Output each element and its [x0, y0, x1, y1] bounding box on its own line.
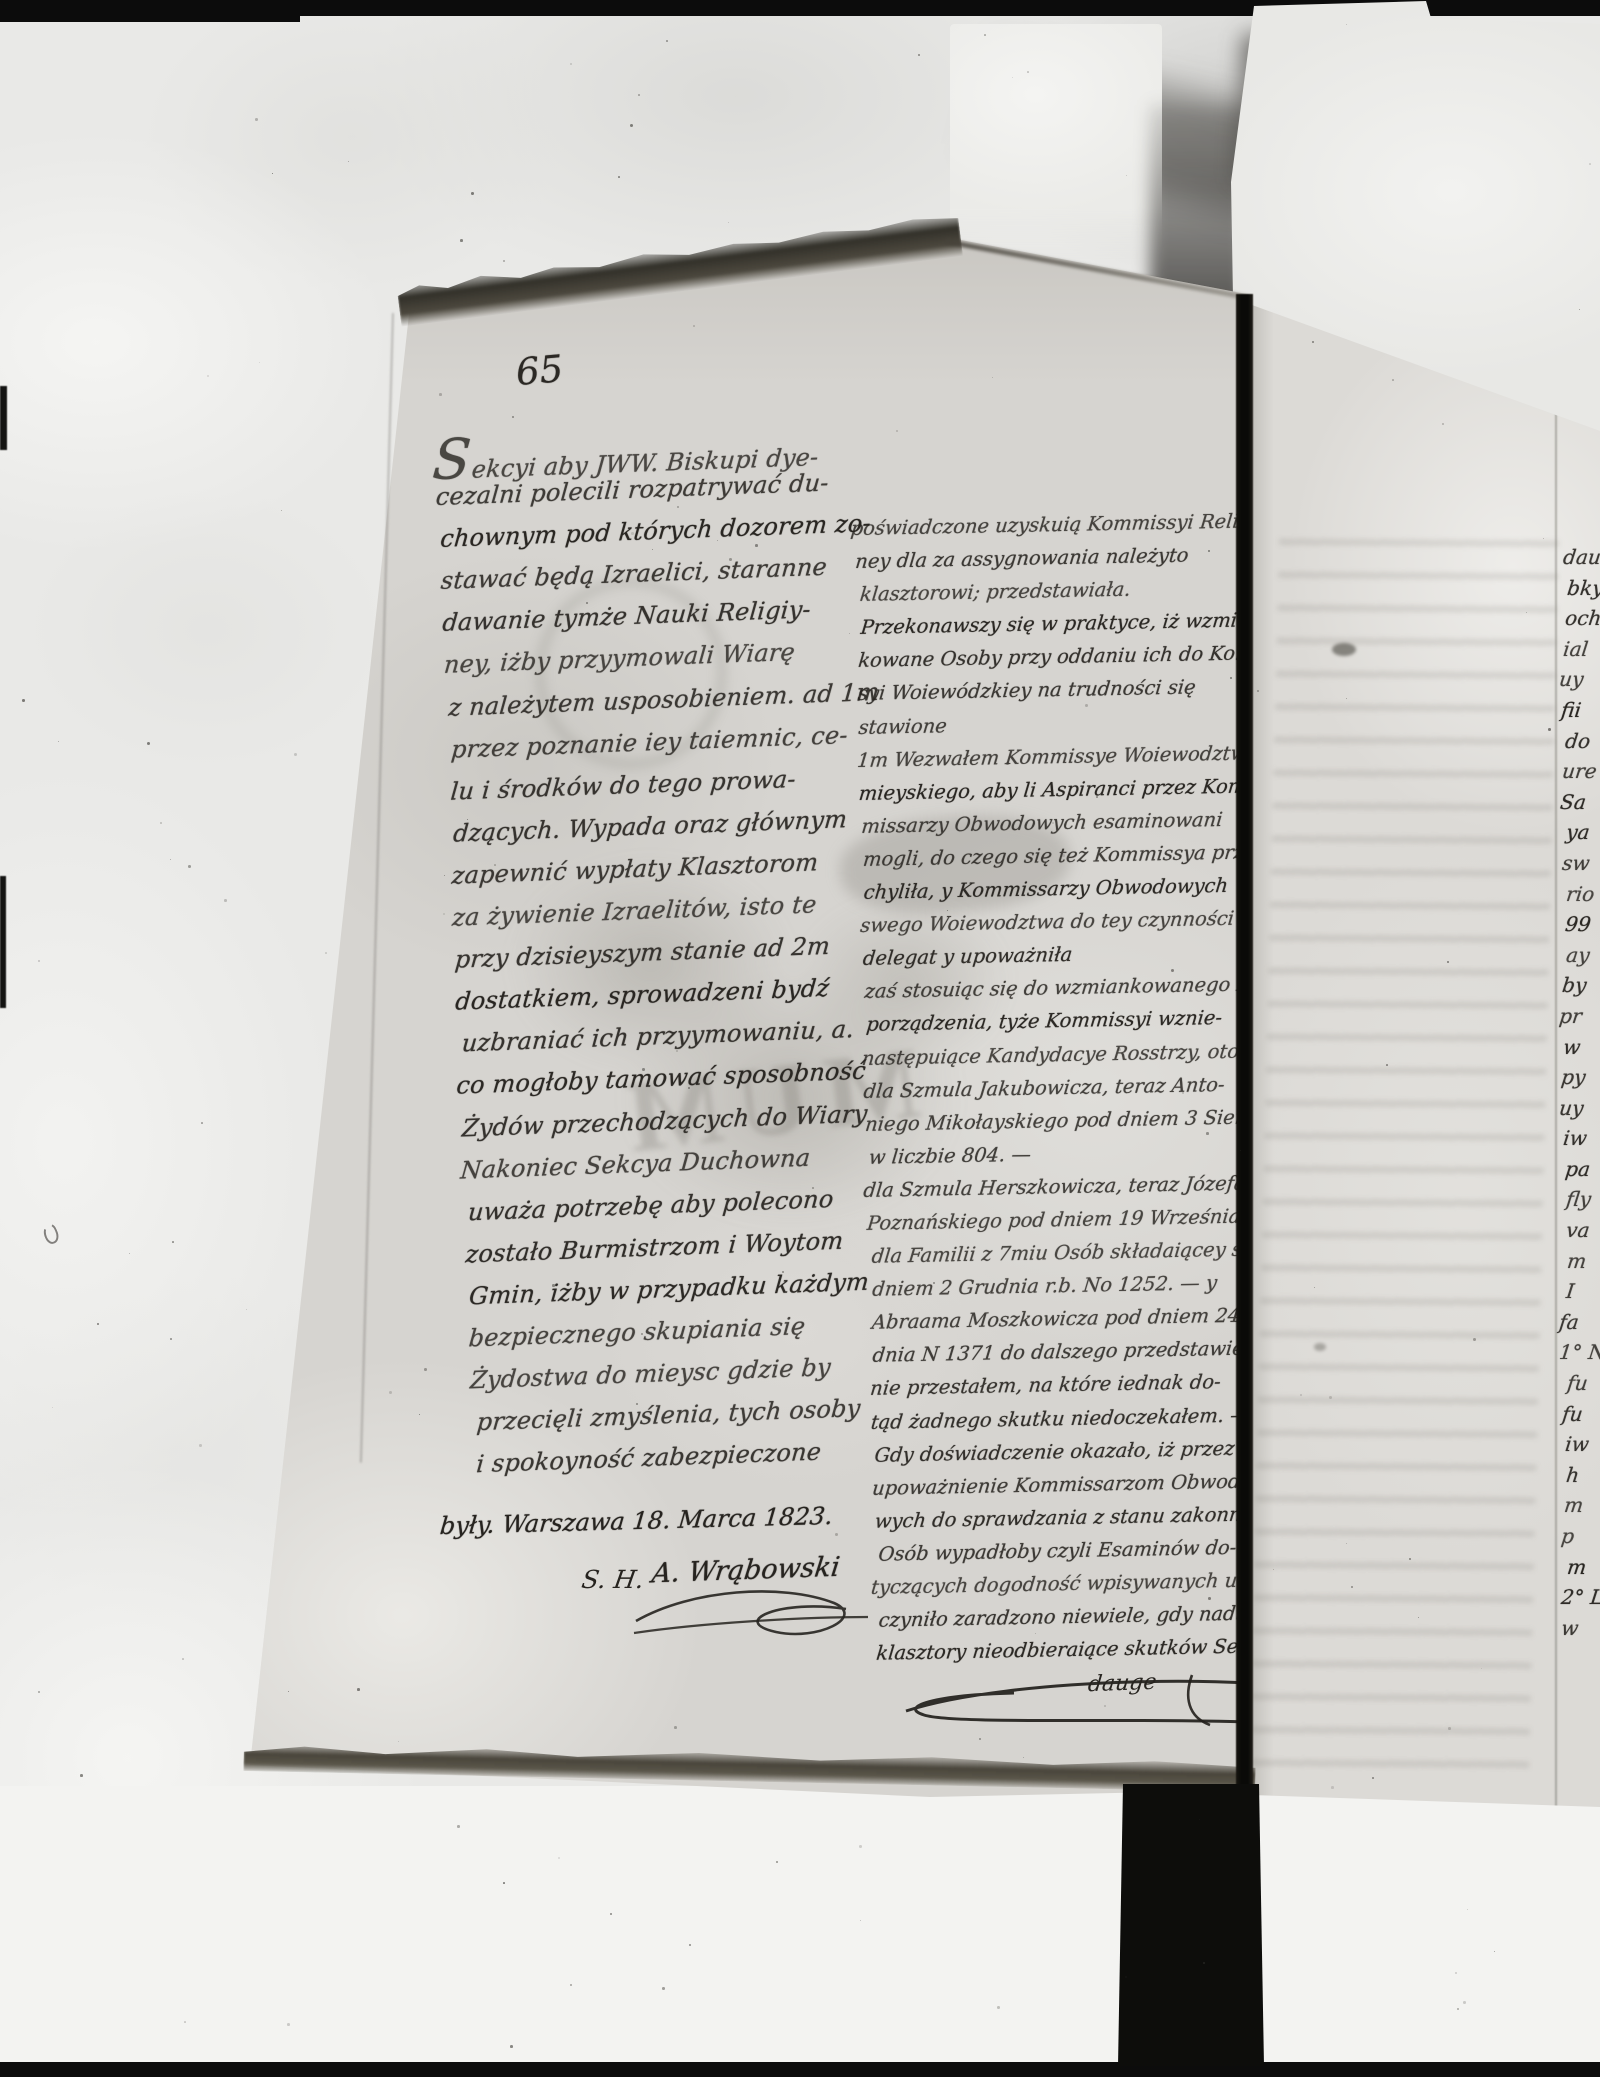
cutoff-handwriting-line: Sa: [1558, 790, 1600, 821]
cutoff-handwriting-line: pa: [1563, 1157, 1600, 1188]
ink-smudge: [1314, 1343, 1326, 1351]
film-splice-bar-bottom: [1118, 1784, 1264, 2066]
cutoff-handwriting-line: fu: [1560, 1402, 1600, 1433]
cutoff-handwriting-line: fii: [1559, 698, 1600, 729]
cutoff-handwriting-line: do: [1563, 729, 1600, 760]
right-page-text-fragments: daubkyochialuyfiidoureSayaswrio99aybyprw…: [1562, 545, 1600, 1646]
cutoff-handwriting-line: dau: [1561, 545, 1600, 576]
film-notch: [0, 386, 7, 450]
cutoff-handwriting-line: by: [1560, 973, 1600, 1004]
cutoff-handwriting-line: pr: [1557, 1004, 1600, 1035]
cutoff-handwriting-line: iw: [1563, 1432, 1600, 1463]
cutoff-handwriting-line: sw: [1560, 851, 1600, 882]
cutoff-handwriting-line: va: [1564, 1218, 1600, 1249]
cutoff-handwriting-line: ial: [1561, 637, 1600, 668]
cutoff-handwriting-line: uy: [1557, 667, 1600, 698]
cutoff-handwriting-line: h: [1564, 1463, 1600, 1494]
cutoff-handwriting-line: w: [1561, 1035, 1600, 1066]
cutoff-handwriting-line: m: [1565, 1249, 1600, 1280]
cutoff-handwriting-line: 99: [1563, 912, 1600, 943]
cutoff-handwriting-line: och: [1563, 606, 1600, 637]
film-splice-bar: [1236, 294, 1253, 1792]
left-text-column: Sekcyi aby JWW. Biskupi dye-cezalni pole…: [435, 425, 903, 1492]
cutoff-handwriting-line: m: [1565, 1555, 1600, 1586]
page-crease: [1555, 295, 1557, 1807]
cutoff-handwriting-line: ure: [1560, 759, 1600, 790]
cutoff-handwriting-line: 2° L: [1559, 1585, 1600, 1616]
cutoff-handwriting-line: rio: [1564, 882, 1600, 913]
signature-flourish: [632, 1577, 882, 1655]
page-content: MUM 65 Sekcyi aby JWW. Biskupi dye-cezal…: [240, 225, 1255, 1805]
cutoff-handwriting-line: ya: [1564, 820, 1600, 851]
cutoff-handwriting-line: uy: [1557, 1096, 1600, 1127]
cutoff-handwriting-line: fly: [1564, 1187, 1600, 1218]
cutoff-handwriting-line: p: [1559, 1524, 1600, 1555]
cutoff-handwriting-line: I: [1564, 1279, 1600, 1310]
ink-bleed-through: [1249, 517, 1560, 1793]
cutoff-handwriting-line: ay: [1564, 943, 1600, 974]
right-page: daubkyochialuyfiidoureSayaswrio99aybyprw…: [1252, 295, 1600, 1807]
cutoff-handwriting-line: fu: [1565, 1371, 1600, 1402]
right-text-column: poświadczone uzyskuią Kommissyi Reli-ney…: [853, 509, 1279, 1675]
cutoff-handwriting-line: fa: [1557, 1310, 1600, 1341]
cutoff-handwriting-line: 1° N: [1557, 1340, 1600, 1371]
backing-sheet-bottom: [0, 1786, 1600, 2064]
cutoff-handwriting-line: py: [1559, 1065, 1600, 1096]
cutoff-handwriting-line: iw: [1561, 1126, 1600, 1157]
date-line: były. Warszawa 18. Marca 1823.: [439, 1502, 834, 1540]
page-number: 65: [514, 347, 565, 394]
film-notch: [0, 876, 6, 1008]
cutoff-handwriting-line: m: [1562, 1493, 1600, 1524]
ink-smudge: [1332, 643, 1356, 656]
signoff-word: dauge: [1087, 1670, 1158, 1697]
film-edge-bottom: [0, 2062, 1600, 2077]
left-page: MUM 65 Sekcyi aby JWW. Biskupi dye-cezal…: [240, 225, 1255, 1805]
cutoff-handwriting-line: w: [1559, 1616, 1600, 1647]
cutoff-handwriting-line: bky: [1565, 576, 1600, 607]
microfilm-document-scan: daubkyochialuyfiidoureSayaswrio99aybyprw…: [0, 0, 1600, 2077]
